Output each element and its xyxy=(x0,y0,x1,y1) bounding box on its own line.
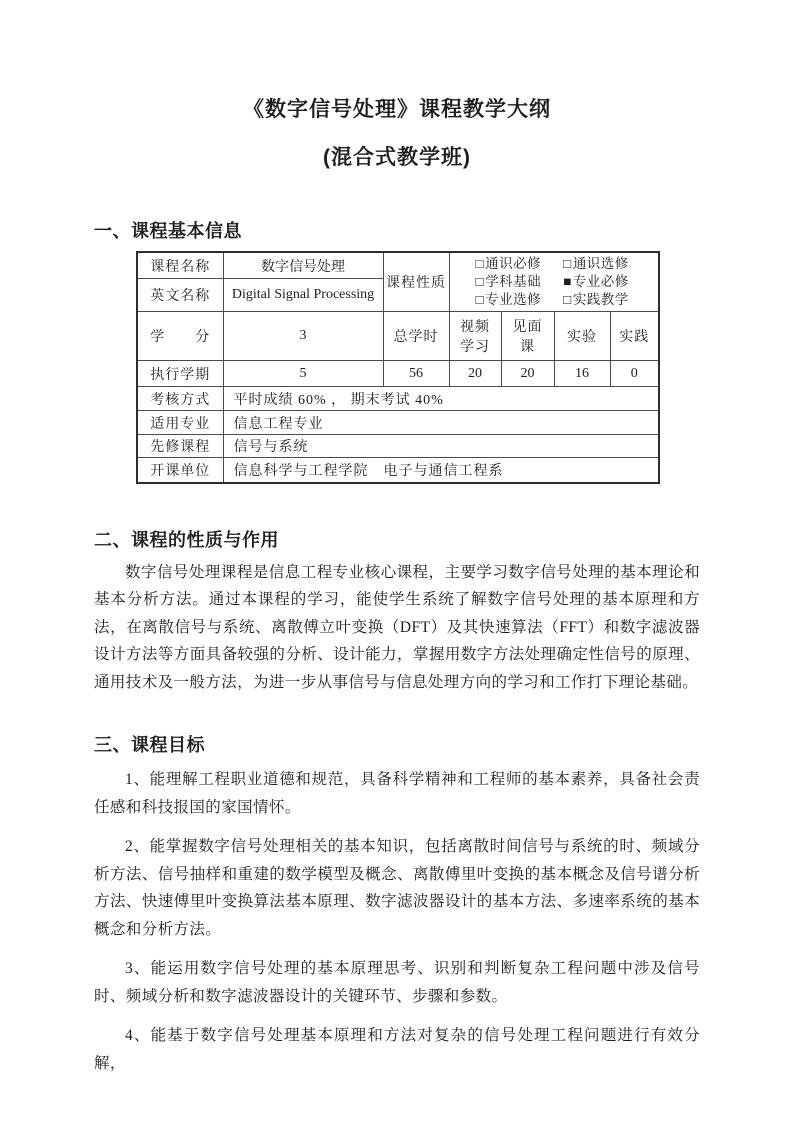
doc-subtitle: (混合式教学班) xyxy=(94,142,700,174)
nature-option: □实践教学 xyxy=(563,291,629,309)
nature-option-label: 通识选修 xyxy=(573,256,629,271)
section2-heading: 二、课程的性质与作用 xyxy=(94,527,700,553)
section3-heading: 三、课程目标 xyxy=(94,732,700,758)
table-row: 开课单位 信息科学与工程学院 电子与通信工程系 xyxy=(137,458,659,483)
course-name-label: 课程名称 xyxy=(137,252,223,279)
experiment-label: 实验 xyxy=(554,312,610,361)
table-row: 考核方式 平时成绩 60% ， 期末考试 40% xyxy=(137,387,659,411)
practice-label: 实践 xyxy=(610,312,659,361)
doc-title: 《数字信号处理》课程教学大纲 xyxy=(94,94,700,126)
prereq-value: 信号与系统 xyxy=(223,435,659,458)
nature-option: □学科基础 xyxy=(476,273,542,291)
assessment-label: 考核方式 xyxy=(137,387,223,411)
section2-paragraph: 数字信号处理课程是信息工程专业核心课程，主要学习数字信号处理的基本理论和基本分析… xyxy=(94,559,700,697)
semester-label: 执行学期 xyxy=(137,361,223,387)
semester-value: 5 xyxy=(223,361,383,387)
course-nature-label: 课程性质 xyxy=(383,252,449,312)
nature-option: □专业选修 xyxy=(476,291,542,309)
total-hours-label: 总学时 xyxy=(383,312,449,361)
course-goal-item: 1、能理解工程职业道德和规范，具备科学精神和工程师的基本素养，具备社会责任感和科… xyxy=(94,766,700,821)
table-row: 先修课程 信号与系统 xyxy=(137,435,659,458)
course-goal-item: 2、能掌握数字信号处理相关的基本知识，包括离散时间信号与系统的时、频域分析方法、… xyxy=(94,833,700,943)
prereq-label: 先修课程 xyxy=(137,435,223,458)
majors-label: 适用专业 xyxy=(137,411,223,435)
section1-heading: 一、课程基本信息 xyxy=(94,218,700,244)
nature-option-label: 实践教学 xyxy=(573,292,629,307)
checkbox-icon: □ xyxy=(563,256,572,271)
majors-value: 信息工程专业 xyxy=(223,411,659,435)
video-study-value: 20 xyxy=(449,361,501,387)
page-content: 《数字信号处理》课程教学大纲 (混合式教学班) 一、课程基本信息 课程名称 数字… xyxy=(94,0,700,1077)
table-row: 学 分 3 总学时 视频学习 见面课 实验 实践 xyxy=(137,312,659,361)
department-value: 信息科学与工程学院 电子与通信工程系 xyxy=(223,458,659,483)
table-row: 适用专业 信息工程专业 xyxy=(137,411,659,435)
video-study-label: 视频学习 xyxy=(449,312,501,361)
nature-option: □通识必修 xyxy=(476,255,542,273)
nature-options-grid: □通识必修 □通识选修 □学科基础 ■专业必修 □专业选修 □实践教学 xyxy=(476,255,659,309)
checkbox-checked-icon: ■ xyxy=(563,274,572,289)
credit-value: 3 xyxy=(223,312,383,361)
credit-label: 学 分 xyxy=(137,312,223,361)
checkbox-icon: □ xyxy=(476,292,485,307)
nature-option-label: 专业必修 xyxy=(573,274,629,289)
course-goal-item: 3、能运用数字信号处理的基本原理思考、识别和判断复杂工程问题中涉及信号时、频域分… xyxy=(94,955,700,1010)
nature-option: □通识选修 xyxy=(563,255,629,273)
nature-option-label: 学科基础 xyxy=(485,274,541,289)
document-page: 《数字信号处理》课程教学大纲 (混合式教学班) 一、课程基本信息 课程名称 数字… xyxy=(0,0,794,1123)
english-name-value: Digital Signal Processing xyxy=(223,279,383,312)
course-name-value: 数字信号处理 xyxy=(223,252,383,279)
checkbox-icon: □ xyxy=(563,292,572,307)
meeting-class-value: 20 xyxy=(501,361,554,387)
meeting-class-label: 见面课 xyxy=(501,312,554,361)
nature-option-label: 通识必修 xyxy=(485,256,541,271)
table-row: 执行学期 5 56 20 20 16 0 xyxy=(137,361,659,387)
checkbox-icon: □ xyxy=(476,256,485,271)
english-name-label: 英文名称 xyxy=(137,279,223,312)
course-goal-item: 4、能基于数字信号处理基本原理和方法对复杂的信号处理工程问题进行有效分解， xyxy=(94,1022,700,1077)
nature-option-selected: ■专业必修 xyxy=(563,273,629,291)
experiment-value: 16 xyxy=(554,361,610,387)
nature-option-label: 专业选修 xyxy=(485,292,541,307)
course-nature-options: □通识必修 □通识选修 □学科基础 ■专业必修 □专业选修 □实践教学 xyxy=(449,252,659,312)
total-hours-value: 56 xyxy=(383,361,449,387)
department-label: 开课单位 xyxy=(137,458,223,483)
assessment-value: 平时成绩 60% ， 期末考试 40% xyxy=(223,387,659,411)
checkbox-icon: □ xyxy=(476,274,485,289)
practice-value: 0 xyxy=(610,361,659,387)
course-info-table: 课程名称 数字信号处理 课程性质 □通识必修 □通识选修 □学科基础 ■专业必修… xyxy=(136,251,660,484)
table-row: 课程名称 数字信号处理 课程性质 □通识必修 □通识选修 □学科基础 ■专业必修… xyxy=(137,252,659,279)
